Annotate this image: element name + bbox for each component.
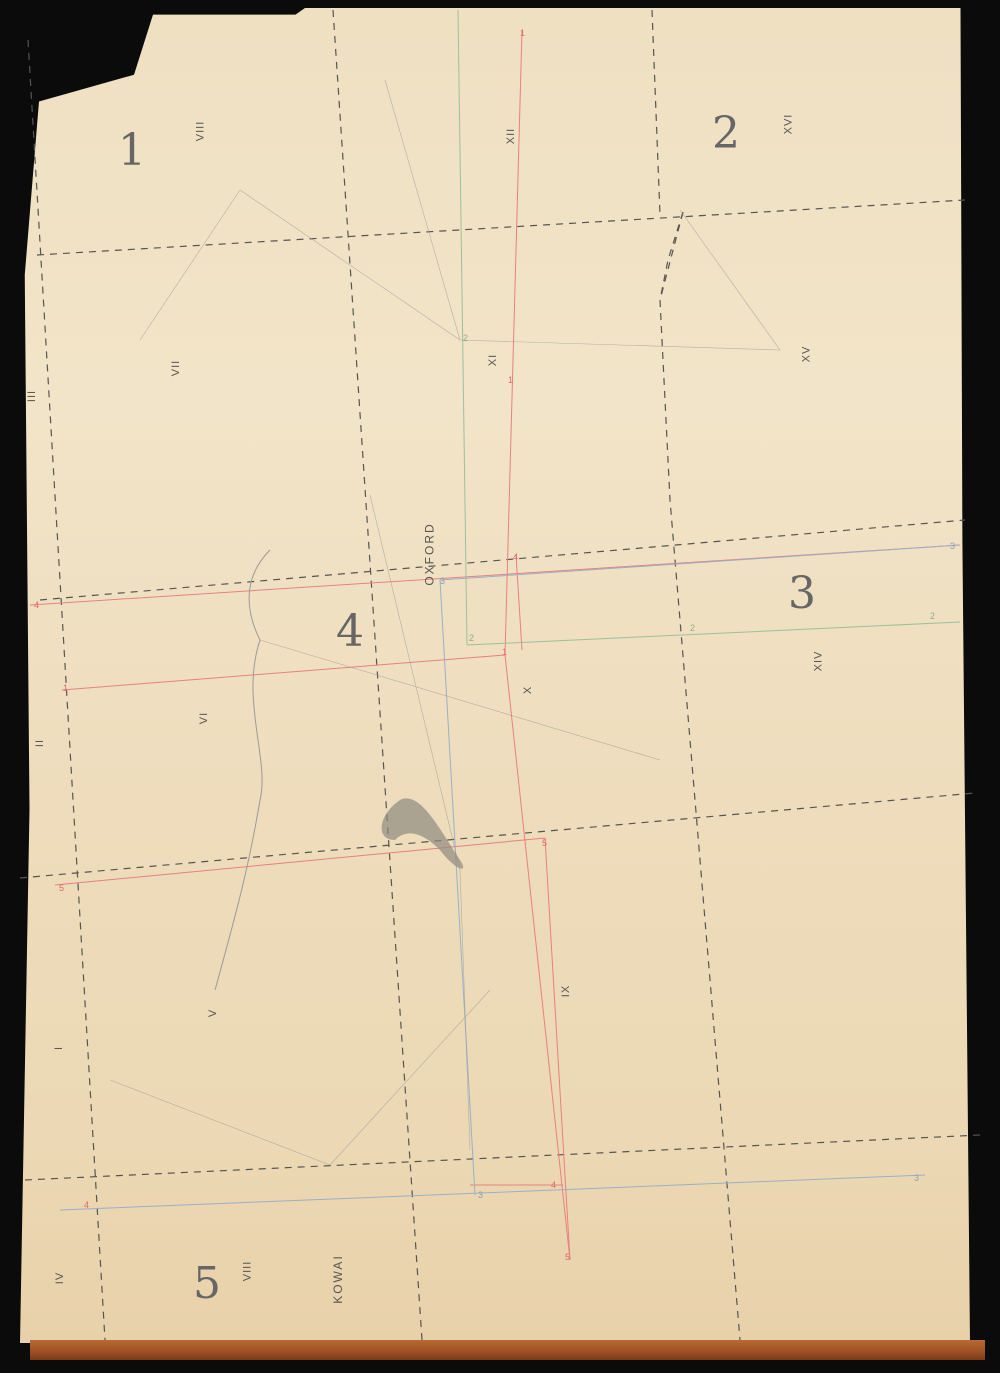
- map-linework: [0, 0, 1000, 1373]
- place-kowai: KOWAI: [331, 1254, 345, 1304]
- label-v: V: [207, 1009, 219, 1017]
- mark-red-5-left: 5: [59, 883, 64, 893]
- mark-green-2-mid: 2: [690, 623, 695, 633]
- red-survey-lines: [30, 30, 960, 1260]
- label-x: X: [522, 686, 534, 694]
- label-ix: IX: [560, 985, 572, 997]
- label-xii: XII: [505, 128, 517, 144]
- mark-red-1-left: 1: [63, 683, 68, 693]
- label-xi: XI: [487, 354, 499, 366]
- mark-red-4-bottom: 4: [551, 1180, 556, 1190]
- label-iii: III: [26, 390, 38, 402]
- label-ii: II: [34, 739, 46, 747]
- mark-red-1-corner: 1: [502, 647, 507, 657]
- mark-green-2-right: 2: [930, 611, 935, 621]
- mark-blue-3-bottomright: 3: [914, 1173, 919, 1183]
- sheet-number-2: 2: [712, 108, 740, 159]
- mark-red-5-mid: 5: [542, 838, 547, 848]
- sheet-grid-lines: [20, 10, 980, 1340]
- mark-red-5-bottom: 5: [565, 1252, 570, 1262]
- place-oxford: OXFORD: [423, 522, 437, 585]
- mark-red-4-left: 4: [34, 600, 39, 610]
- sheet-number-4: 4: [336, 606, 364, 657]
- label-viii-bottom: VIII: [241, 1261, 253, 1282]
- sheet-number-1: 1: [118, 125, 146, 176]
- sheet-number-3: 3: [788, 568, 816, 619]
- sheet-number-5: 5: [193, 1258, 221, 1309]
- blue-survey-lines: [60, 545, 960, 1210]
- label-xiv: XIV: [812, 651, 824, 672]
- mark-blue-3-bottom: 3: [478, 1190, 483, 1200]
- label-vi: VI: [198, 712, 210, 724]
- mark-red-1-mid: 1: [508, 375, 513, 385]
- label-vii: VII: [170, 360, 182, 376]
- label-xvi: XVI: [782, 114, 794, 135]
- label-viii-top: VIII: [194, 121, 206, 142]
- label-i: I: [53, 1046, 65, 1050]
- mark-green-2-top: 2: [463, 333, 468, 343]
- mark-red-4-bottomleft: 4: [84, 1200, 89, 1210]
- mark-blue-3-right: 3: [950, 541, 955, 551]
- mark-green-2-box: 2: [469, 633, 474, 643]
- mark-red-1-top: 1: [520, 28, 525, 38]
- mark-red-4-box: 4: [513, 552, 518, 562]
- label-xv: XV: [800, 346, 812, 363]
- pencil-triangulation: [110, 80, 780, 1165]
- label-iv: IV: [54, 1272, 66, 1284]
- river-sketch: [215, 550, 270, 990]
- mark-blue-3-box: 3: [440, 576, 445, 586]
